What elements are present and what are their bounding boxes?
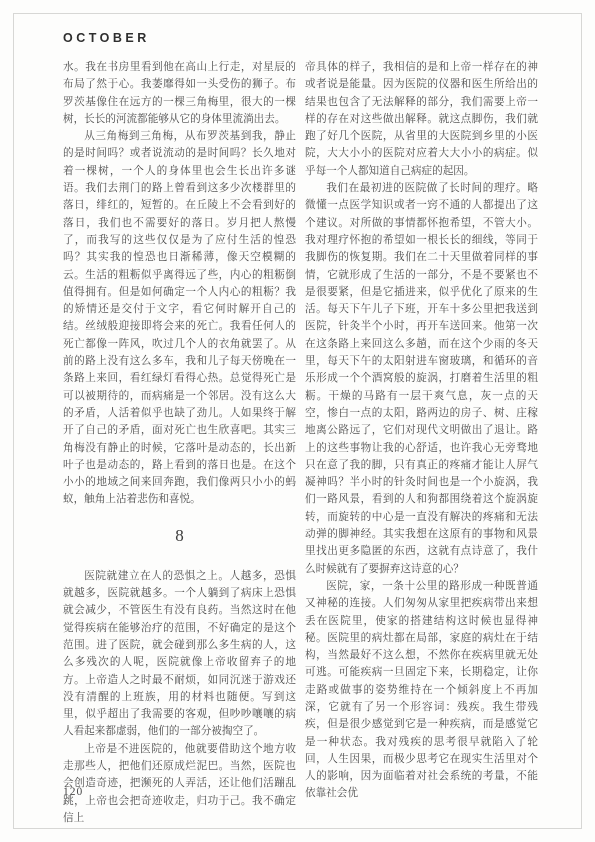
paragraph: 医院就建立在人的恐惧之上。人越多，恐惧就越多，医院就越多。一个人躺到了病床上恐惧…: [63, 568, 296, 741]
paragraph: 上帝是不进医院的，他就要借助这个地方收走那些人，把他们还原成烂泥巴。当然，医院也…: [63, 741, 296, 827]
text-column-left: 水。我在书房里看到他在高山上行走，对星辰的布局了然于心。我萎靡得如一头受伤的狮子…: [63, 59, 296, 827]
paragraph: 我们在最初进的医院做了长时间的理疗。略微懂一点医学知识或者一窍不通的人都提出了这…: [305, 180, 538, 578]
text-column-right: 帝具体的样子，我相信的是和上帝一样存在的神或者说是能量。因为医院的仪器和医生所给…: [305, 59, 538, 827]
paragraph: 水。我在书房里看到他在高山上行走，对星辰的布局了然于心。我萎靡得如一头受伤的狮子…: [63, 59, 296, 128]
page-number: 120: [63, 786, 83, 798]
paragraph: 医院，家，一条十公里的路形成一种既普通又神秘的连接。人们匆匆从家里把疾病带出来想…: [305, 578, 538, 803]
paragraph: 从三角梅到三角梅，从布罗茨基到我，静止的是时间吗？或者说流动的是时间吗？长久地对…: [63, 128, 296, 509]
section-number: 8: [63, 524, 296, 548]
book-page: OCTOBER 水。我在书房里看到他在高山上行走，对星辰的布局了然于心。我萎靡得…: [0, 0, 595, 842]
text-area: 水。我在书房里看到他在高山上行走，对星辰的布局了然于心。我萎靡得如一头受伤的狮子…: [63, 59, 538, 827]
running-head: OCTOBER: [63, 31, 150, 45]
paragraph: 帝具体的样子，我相信的是和上帝一样存在的神或者说是能量。因为医院的仪器和医生所给…: [305, 59, 538, 180]
